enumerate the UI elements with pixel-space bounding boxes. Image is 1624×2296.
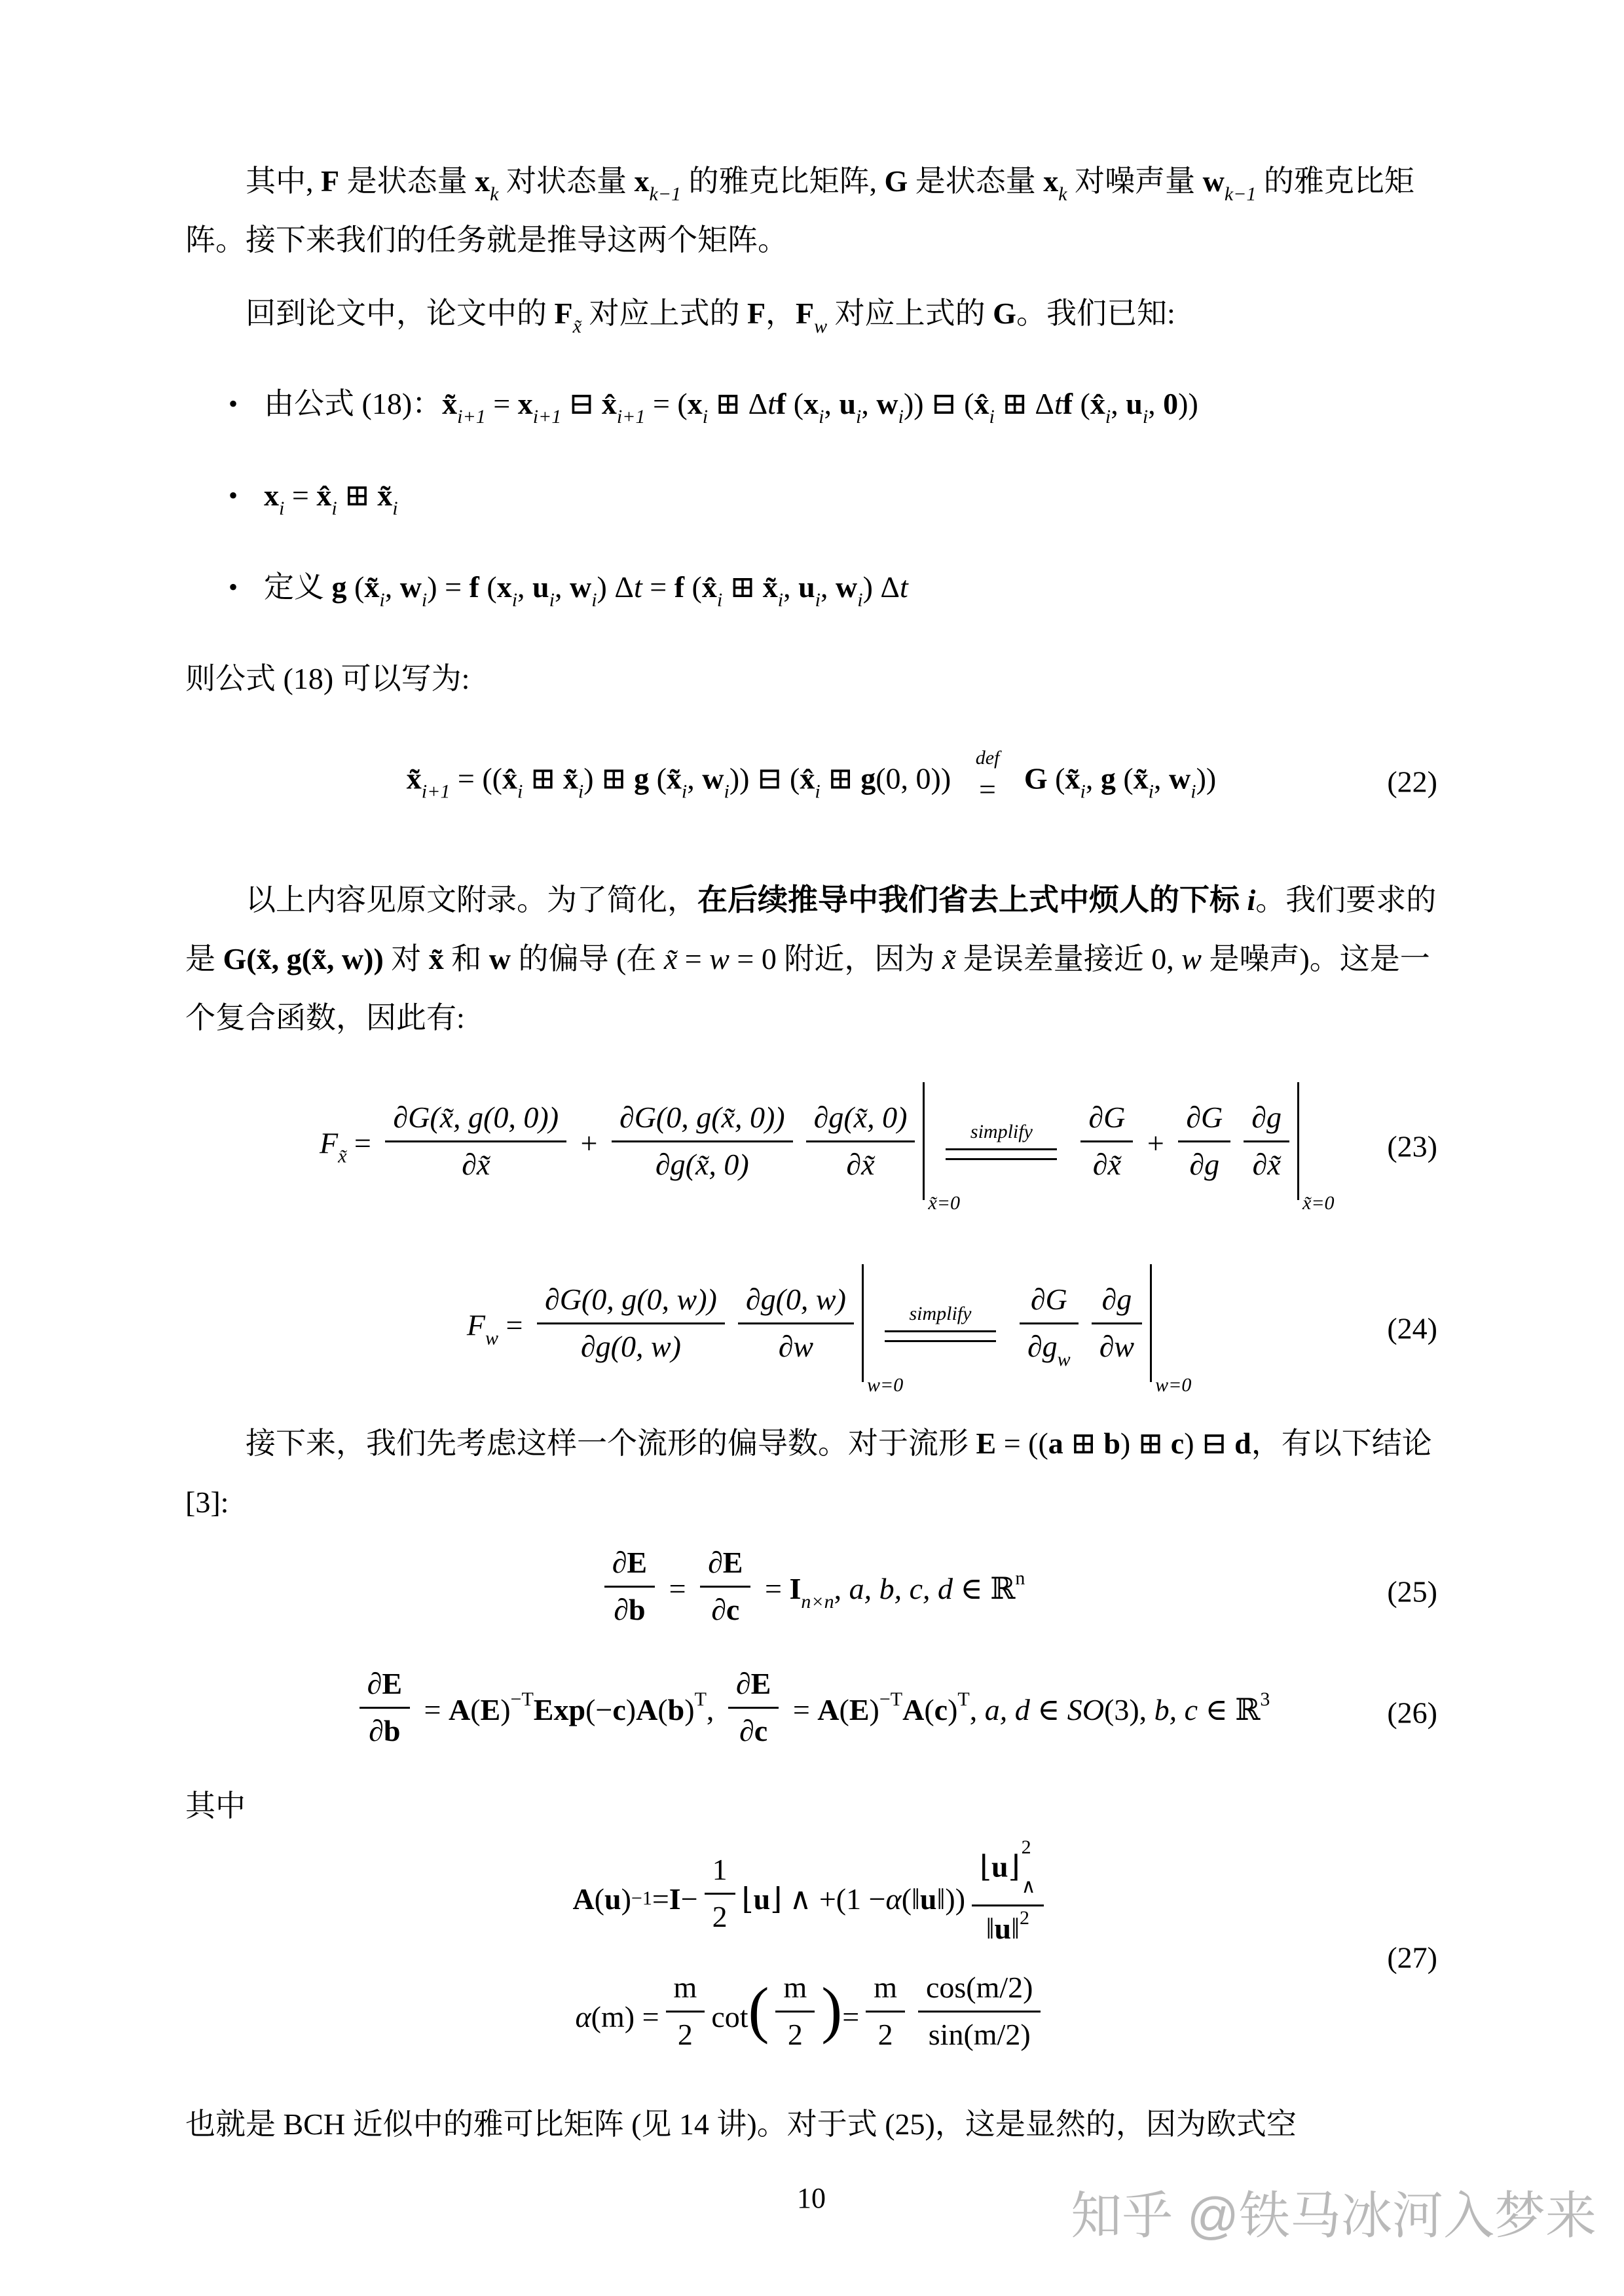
equation-23-number: (23): [1387, 1129, 1437, 1164]
equation-25: ∂E∂b = ∂E∂c = In×n, a, b, c, d ∈ ℝn (25): [185, 1536, 1437, 1647]
list-item-x-decomposition: • xi = x̂i ⊞ x̃i: [185, 466, 1437, 525]
watermark: 知乎 @铁马冰河入梦来: [1071, 2175, 1596, 2248]
equation-27: A(u)−1 = I − 12⌊u⌋ ∧ +(1 − α(‖u‖))⌊u⌋2∧‖…: [185, 1840, 1437, 2075]
equation-24: Fw = ∂G(0, g(0, w))∂g(0, w)∂g(0, w)∂ww=0…: [185, 1253, 1437, 1404]
equation-26: ∂E∂b = A(E)−TExp(−c)A(b)T, ∂E∂c = A(E)−T…: [185, 1654, 1437, 1772]
equation-24-body: Fw = ∂G(0, g(0, w))∂g(0, w)∂g(0, w)∂ww=0…: [467, 1269, 1156, 1387]
paragraph-then-formula18: 则公式 (18) 可以写为:: [185, 649, 1437, 708]
paragraph-simplification: 以上内容见原文附录。为了简化，在后续推导中我们省去上式中烦人的下标 i。我们要求…: [185, 871, 1437, 1048]
equation-27-number: (27): [1387, 1941, 1437, 1975]
paragraph-qizhong: 其中: [185, 1777, 1437, 1836]
bullet-icon: •: [229, 466, 238, 525]
equation-25-body: ∂E∂b = ∂E∂c = In×n, a, b, c, d ∈ ℝn: [598, 1550, 1025, 1634]
list-item-text: 由公式 (18)：x̃i+1 = xi+1 ⊟ x̂i+1 = (xi ⊞ Δt…: [264, 374, 1198, 433]
list-item-g-definition: • 定义 g (x̃i, wi) = f (xi, ui, wi) Δt = f…: [185, 558, 1437, 617]
bullet-icon: •: [229, 374, 238, 433]
equation-22-number: (22): [1387, 765, 1437, 799]
text-block: 其中, F 是状态量 xk 对状态量 xk−1 的雅克比矩阵, G 是状态量 x…: [185, 152, 1437, 2154]
document-page: { "page": { "background": "#ffffff", "te…: [0, 0, 1624, 2296]
list-item-text: 定义 g (x̃i, wi) = f (xi, ui, wi) Δt = f (…: [264, 558, 908, 617]
equation-26-number: (26): [1387, 1696, 1437, 1730]
equation-22: x̃i+1 = ((x̂i ⊞ x̃i) ⊞ g (x̃i, wi)) ⊟ (x…: [185, 736, 1437, 828]
equation-23: Fx̃ = ∂G(x̃, g(0, 0))∂x̃ + ∂G(0, g(x̃, 0…: [185, 1071, 1437, 1222]
paragraph-manifold-derivative: 接下来，我们先考虑这样一个流形的偏导数。对于流形 E = ((a ⊞ b) ⊞ …: [185, 1414, 1437, 1532]
bullet-list: • 由公式 (18)：x̃i+1 = xi+1 ⊟ x̂i+1 = (xi ⊞ …: [185, 374, 1437, 617]
equation-27-line1: A(u)−1 = I − 12⌊u⌋ ∧ +(1 − α(‖u‖))⌊u⌋2∧‖…: [185, 1840, 1437, 1958]
equation-23-body: Fx̃ = ∂G(x̃, g(0, 0))∂x̃ + ∂G(0, g(x̃, 0…: [320, 1087, 1303, 1205]
equation-24-number: (24): [1387, 1311, 1437, 1346]
equation-22-body: x̃i+1 = ((x̂i ⊞ x̃i) ⊞ g (x̃i, wi)) ⊟ (x…: [407, 754, 1216, 810]
paragraph-bch-jacobian: 也就是 BCH 近似中的雅可比矩阵 (见 14 讲)。对于式 (25)，这是显然…: [185, 2095, 1437, 2154]
bullet-icon: •: [229, 558, 238, 617]
paragraph-paper-mapping: 回到论文中，论文中的 Fx̃ 对应上式的 F，Fw 对应上式的 G。我们已知:: [185, 284, 1437, 343]
equation-27-line2: α(m) = m2cot(m2) = m2cos(m/2)sin(m/2): [185, 1958, 1437, 2075]
list-item-formula18: • 由公式 (18)：x̃i+1 = xi+1 ⊟ x̂i+1 = (xi ⊞ …: [185, 374, 1437, 433]
equation-26-body: ∂E∂b = A(E)−TExp(−c)A(b)T, ∂E∂c = A(E)−T…: [353, 1671, 1270, 1755]
equation-25-number: (25): [1387, 1575, 1437, 1609]
paragraph-jacobian-intro: 其中, F 是状态量 xk 对状态量 xk−1 的雅克比矩阵, G 是状态量 x…: [185, 152, 1437, 270]
list-item-text: xi = x̂i ⊞ x̃i: [264, 466, 398, 525]
